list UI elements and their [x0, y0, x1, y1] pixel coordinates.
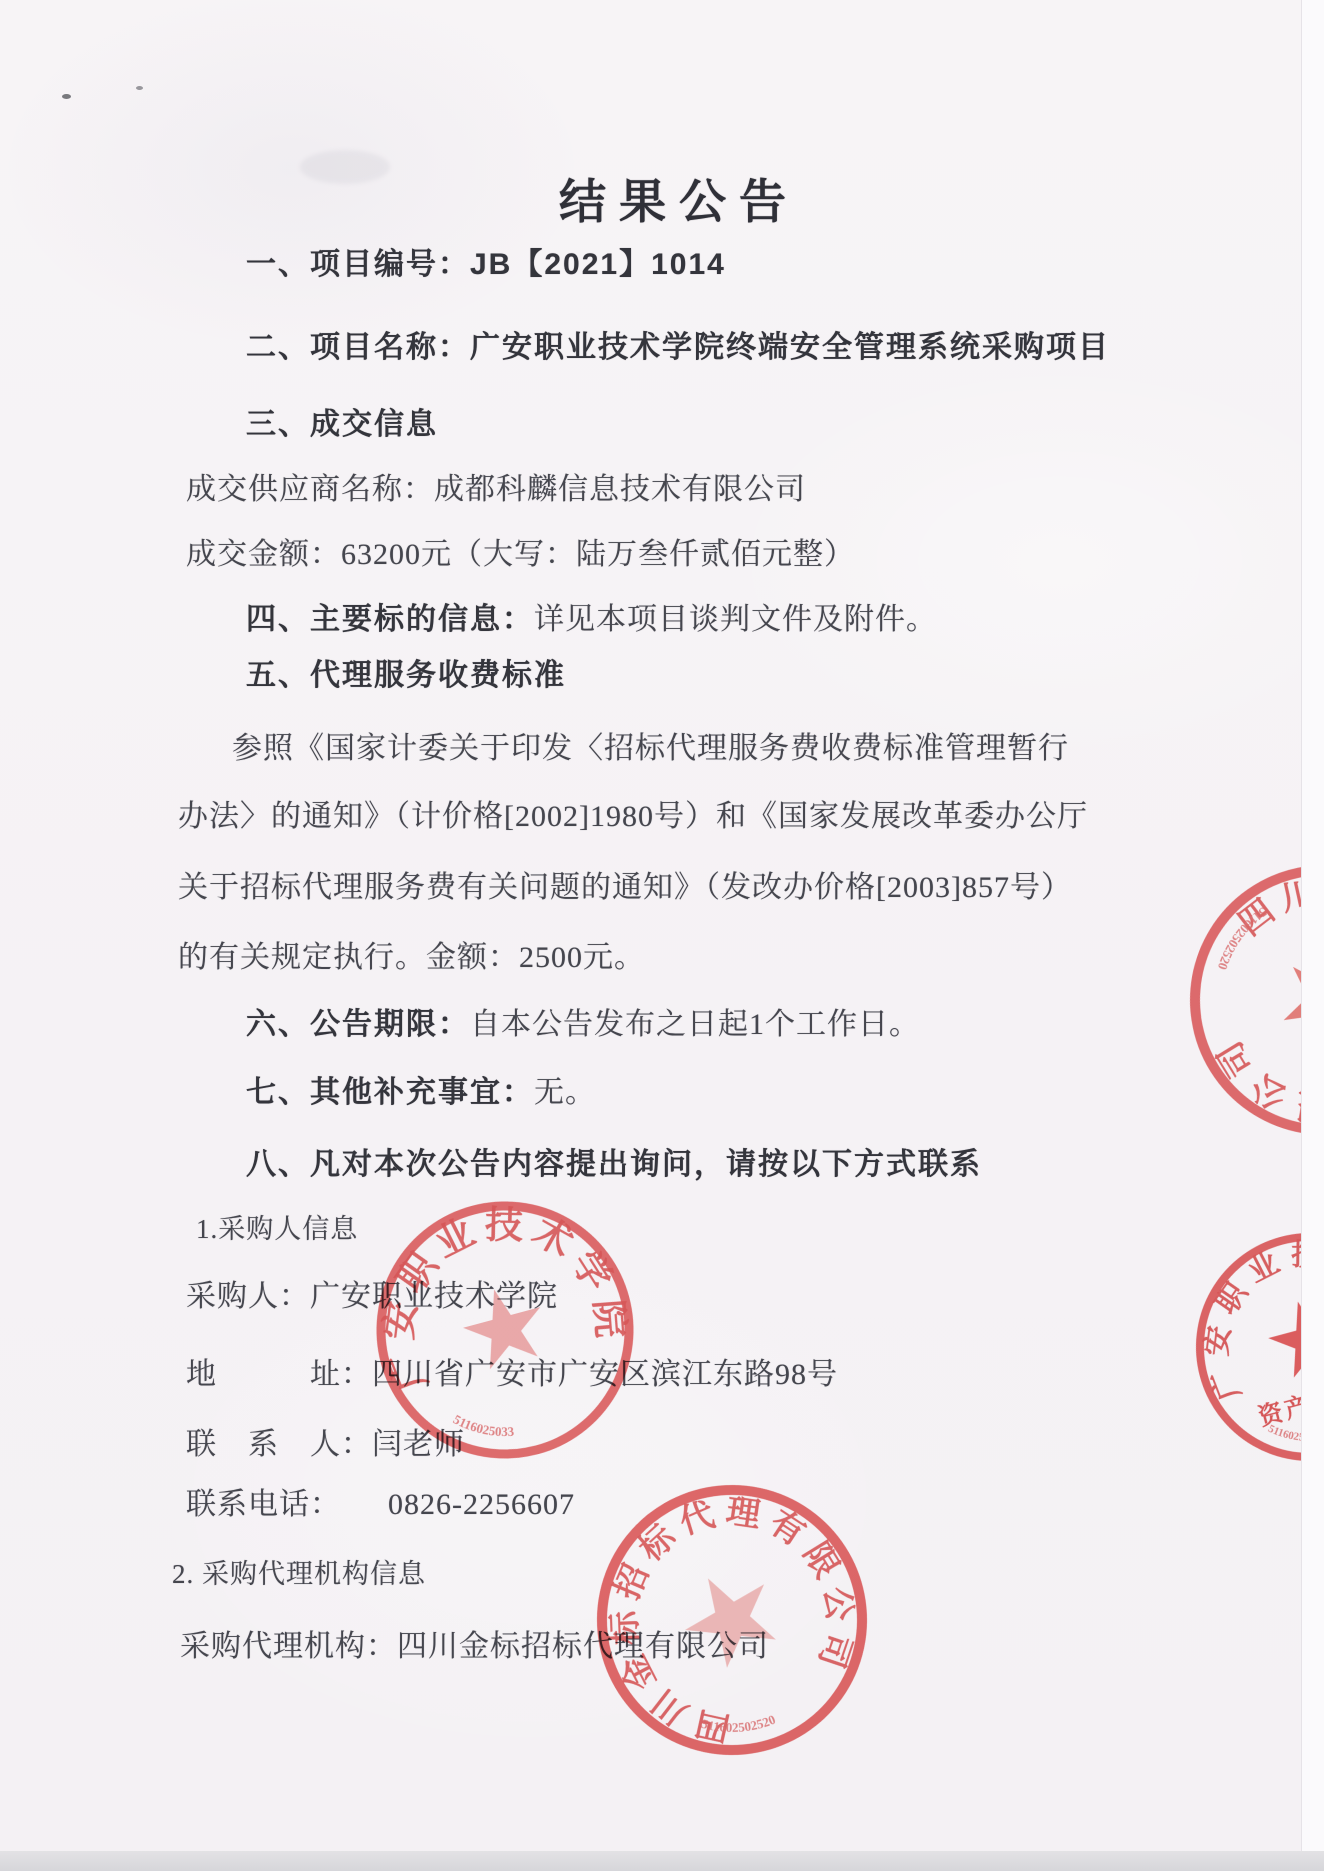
- official-seal-agency: 四川金标招标代理有限公司 511602502520: [534, 1422, 930, 1818]
- line-bold-text: 四、主要标的信息：: [246, 603, 534, 636]
- line-body-text: 1.采购人信息: [196, 1214, 358, 1244]
- line-fee-paragraph-3: 关于招标代理服务费有关问题的通知》（发改办价格[2003]857号）: [178, 873, 1072, 903]
- line-contact-person: 联 系 人：闫老师: [186, 1430, 465, 1460]
- line-body-text: 办法〉的通知》（计价格[2002]1980号）和《国家发展改革委办公厅: [178, 800, 1088, 833]
- seal-graphic: 四川金标招标代理有限公司 511602502520: [1157, 832, 1324, 1168]
- line-project-name: 二、项目名称：广安职业技术学院终端安全管理系统采购项目: [246, 333, 1110, 363]
- line-bold-text: 五、代理服务收费标准: [246, 659, 566, 692]
- line-deal-info-heading: 三、成交信息: [246, 410, 438, 440]
- line-bold-text: 八、凡对本次公告内容提出询问，请按以下方式联系: [246, 1148, 982, 1181]
- line-purchaser-info-heading: 1.采购人信息: [196, 1216, 358, 1243]
- line-other-matters: 七、其他补充事宜：无。: [246, 1078, 596, 1108]
- line-body-text: 参照《国家计委关于印发〈招标代理服务费收费标准管理暂行: [232, 732, 1069, 765]
- line-contact-heading: 八、凡对本次公告内容提出询问，请按以下方式联系: [246, 1150, 982, 1180]
- official-seal-agency-partial: 四川金标招标代理有限公司 511602502520: [1157, 832, 1324, 1168]
- line-body-text: 2. 采购代理机构信息: [172, 1559, 426, 1589]
- line-body-text: 采购人：广安职业技术学院: [186, 1280, 558, 1313]
- line-fee-paragraph-1: 参照《国家计委关于印发〈招标代理服务费收费标准管理暂行: [232, 734, 1069, 764]
- line-body-text: 联系电话： 0826-2256607: [186, 1488, 575, 1521]
- svg-text:四川金标招标代理有限公司: 四川金标招标代理有限公司: [558, 1446, 895, 1777]
- line-agency-fee-heading: 五、代理服务收费标准: [246, 661, 566, 691]
- seal-serial-number: 511602502520: [1215, 898, 1272, 977]
- scanned-document-page: 结果公告 一、项目编号：JB【2021】1014 二、项目名称：广安职业技术学院…: [0, 0, 1324, 1871]
- line-body-text: 联 系 人：闫老师: [186, 1428, 465, 1461]
- line-body-text: 地 址：四川省广安市广安区滨江东路98号: [186, 1358, 838, 1391]
- line-fee-paragraph-4: 的有关规定执行。金额：2500元。: [178, 943, 645, 973]
- line-bold-text: 二、项目名称：广安职业技术学院终端安全管理系统采购项目: [246, 331, 1110, 364]
- scan-speck: [62, 94, 71, 99]
- line-bold-text: 三、成交信息: [246, 408, 438, 441]
- line-bold-text: 七、其他补充事宜：: [246, 1076, 534, 1109]
- line-body-text: 详见本项目谈判文件及附件。: [534, 603, 937, 636]
- line-fee-paragraph-2: 办法〉的通知》（计价格[2002]1980号）和《国家发展改革委办公厅: [178, 802, 1088, 832]
- line-bold-text: 六、公告期限：: [246, 1008, 470, 1041]
- svg-text:511602502520: 511602502520: [695, 1685, 780, 1760]
- line-body-text: 成交金额：63200元（大写：陆万叁仟贰佰元整）: [186, 538, 855, 571]
- page-title: 结果公告: [0, 165, 1324, 232]
- line-body-text: 的有关规定执行。金额：2500元。: [178, 941, 645, 974]
- seal-ring-text: 四川金标招标代理有限公司: [558, 1446, 895, 1777]
- line-address: 地 址：四川省广安市广安区滨江东路98号: [186, 1360, 838, 1390]
- line-contact-phone: 联系电话： 0826-2256607: [186, 1490, 575, 1520]
- line-body-text: 自本公告发布之日起1个工作日。: [470, 1008, 920, 1041]
- seal-serial-number: 511602502520: [695, 1685, 780, 1760]
- line-project-number: 一、项目编号：JB【2021】1014: [246, 250, 726, 280]
- line-agency-info-heading: 2. 采购代理机构信息: [172, 1561, 426, 1588]
- seal-graphic: 四川金标招标代理有限公司 511602502520: [534, 1422, 930, 1818]
- official-seal-dept: 广安职业技术学院 资产基建处 51160250: [1157, 1194, 1324, 1500]
- line-supplier: 成交供应商名称：成都科麟信息技术有限公司: [186, 475, 806, 505]
- svg-text:511602502520: 511602502520: [1215, 898, 1272, 977]
- scanner-bottom-band: [0, 1851, 1324, 1871]
- seal-graphic: 广安职业技术学院 资产基建处 51160250: [1157, 1194, 1324, 1500]
- line-body-text: 采购代理机构：四川金标招标代理有限公司: [180, 1630, 769, 1663]
- line-body-text: 成交供应商名称：成都科麟信息技术有限公司: [186, 473, 806, 506]
- line-body-text: 关于招标代理服务费有关问题的通知》（发改办价格[2003]857号）: [178, 871, 1072, 904]
- line-agency: 采购代理机构：四川金标招标代理有限公司: [180, 1632, 769, 1662]
- paper-right-edge: [1301, 0, 1324, 1871]
- scan-speck: [136, 86, 143, 90]
- line-body-text: 无。: [534, 1076, 596, 1109]
- line-bold-text: 一、项目编号：JB【2021】1014: [246, 248, 726, 281]
- line-amount: 成交金额：63200元（大写：陆万叁仟贰佰元整）: [186, 540, 855, 570]
- line-purchaser: 采购人：广安职业技术学院: [186, 1282, 558, 1312]
- line-subject-info: 四、主要标的信息：详见本项目谈判文件及附件。: [246, 605, 937, 635]
- line-announcement-period: 六、公告期限：自本公告发布之日起1个工作日。: [246, 1010, 920, 1040]
